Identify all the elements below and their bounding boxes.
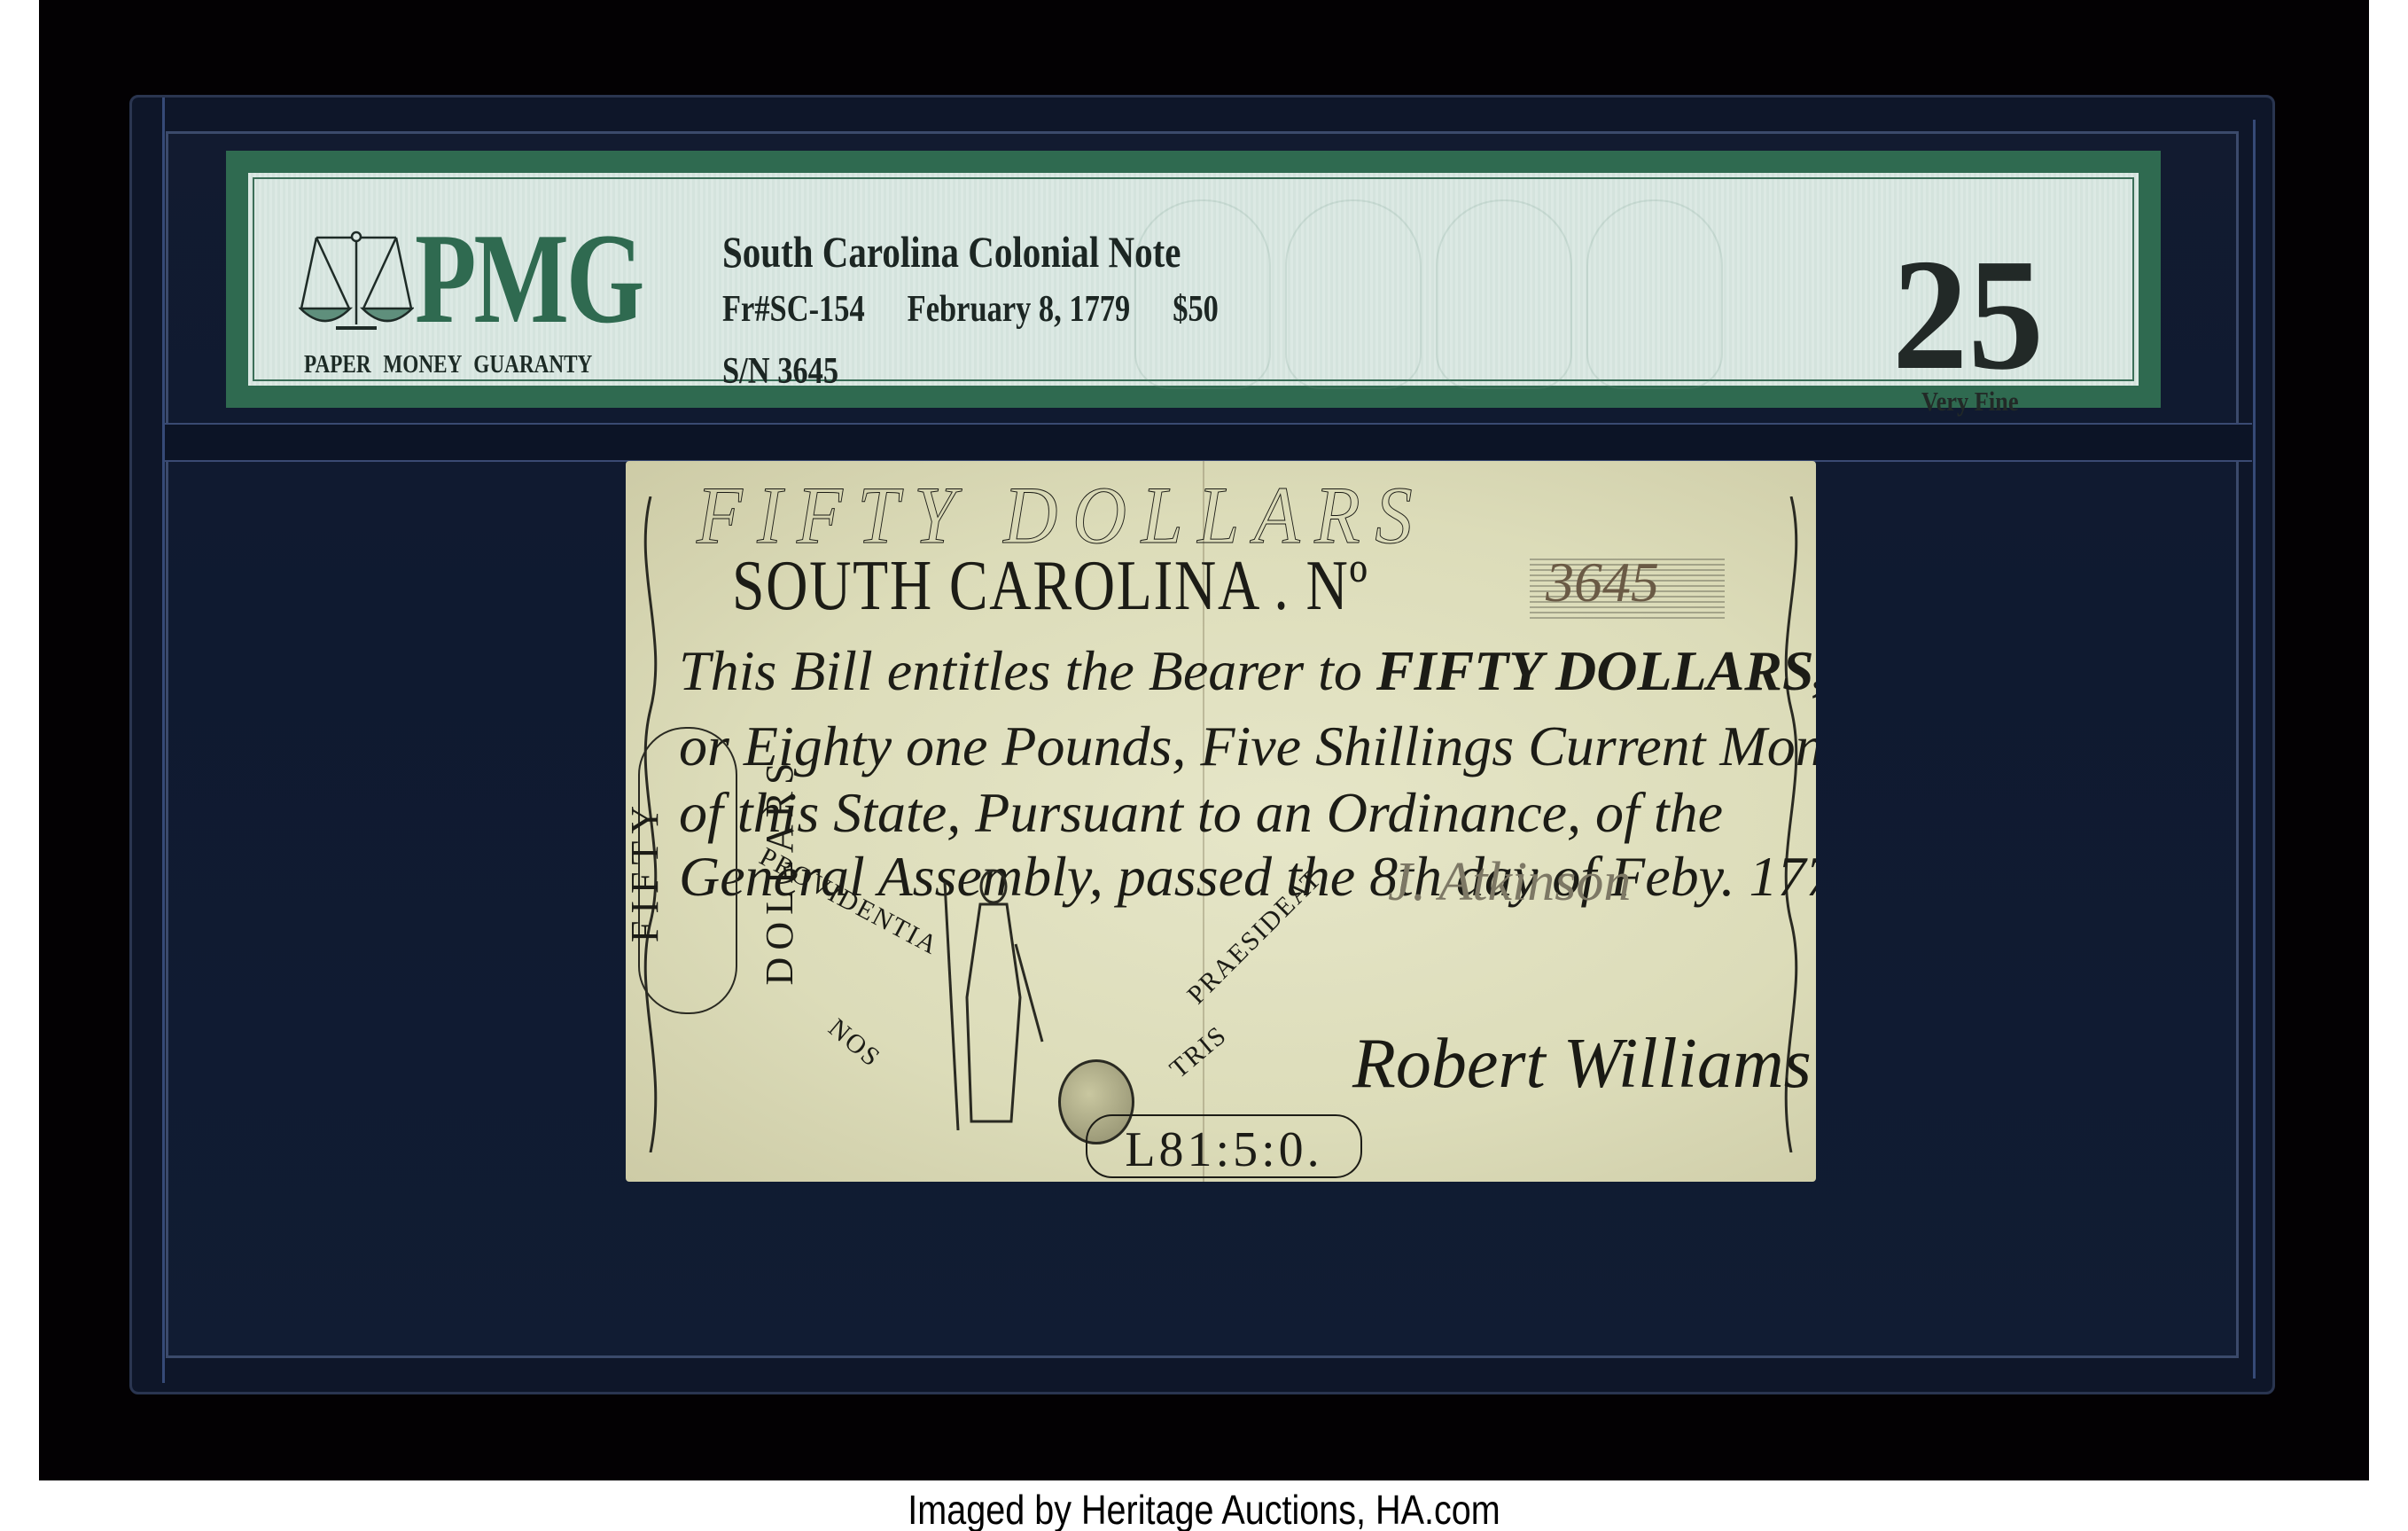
sterling-value-box: L81:5:0.	[1086, 1114, 1362, 1178]
holder-edge-left	[162, 98, 165, 1383]
scales-of-justice-icon	[299, 229, 414, 332]
signature-2: Robert Williams	[1352, 1024, 1812, 1105]
body-line-3: of this State, Pursuant to an Ordinance,…	[679, 780, 1723, 846]
side-denomination-panel: FIFTY DOLLARS	[638, 727, 737, 1014]
motto-left-bottom: NOS	[822, 1013, 886, 1074]
body-amount: FIFTY DOLLARS,	[1376, 639, 1816, 702]
denomination: $50	[1173, 289, 1219, 330]
note-details: Fr#SC-154 February 8, 1779 $50	[722, 288, 1253, 331]
handwritten-serial: 3645	[1546, 550, 1659, 615]
sterling-value: L81:5:0.	[1087, 1121, 1360, 1178]
holder-edge-right	[2253, 120, 2256, 1379]
grade-description: Very Fine	[1921, 386, 2019, 418]
body-line-2: or Eighty one Pounds, Five Shillings Cur…	[679, 714, 1816, 779]
note-title: South Carolina Colonial Note	[722, 226, 1181, 277]
holder-divider	[165, 423, 2252, 462]
catalog-number: Fr#SC-154	[722, 289, 865, 330]
allegorical-figure-icon	[918, 864, 1051, 1130]
label-panel: PMG PAPER MONEY GUARANTY South Carolina …	[248, 173, 2139, 386]
serial-number: S/N 3645	[722, 350, 838, 393]
watermark-shape	[1586, 199, 1723, 389]
banknote: FIFTY DOLLARS SOUTH CAROLINA . Nº 3645 T…	[626, 461, 1816, 1182]
signature-1: J. Atkinson	[1388, 851, 1631, 914]
watermark-shape	[1436, 199, 1572, 389]
body-line-1: This Bill entitles the Bearer to FIFTY D…	[679, 638, 1816, 704]
watermark-shape	[1285, 199, 1422, 389]
grade-number: 25	[1892, 235, 2044, 394]
state-title: SOUTH CAROLINA . Nº	[732, 546, 1368, 627]
side-text-fifty: FIFTY	[626, 799, 667, 942]
body-text: This Bill entitles the Bearer to	[679, 639, 1376, 702]
grading-label: PMG PAPER MONEY GUARANTY South Carolina …	[226, 151, 2161, 408]
brand-tagline: PAPER MONEY GUARANTY	[304, 350, 592, 379]
issue-date: February 8, 1779	[908, 289, 1131, 330]
brand-letters: PMG	[415, 214, 642, 343]
motto-right-bottom: TRIS	[1165, 1020, 1234, 1085]
image-caption: Imaged by Heritage Auctions, HA.com	[168, 1486, 2240, 1531]
